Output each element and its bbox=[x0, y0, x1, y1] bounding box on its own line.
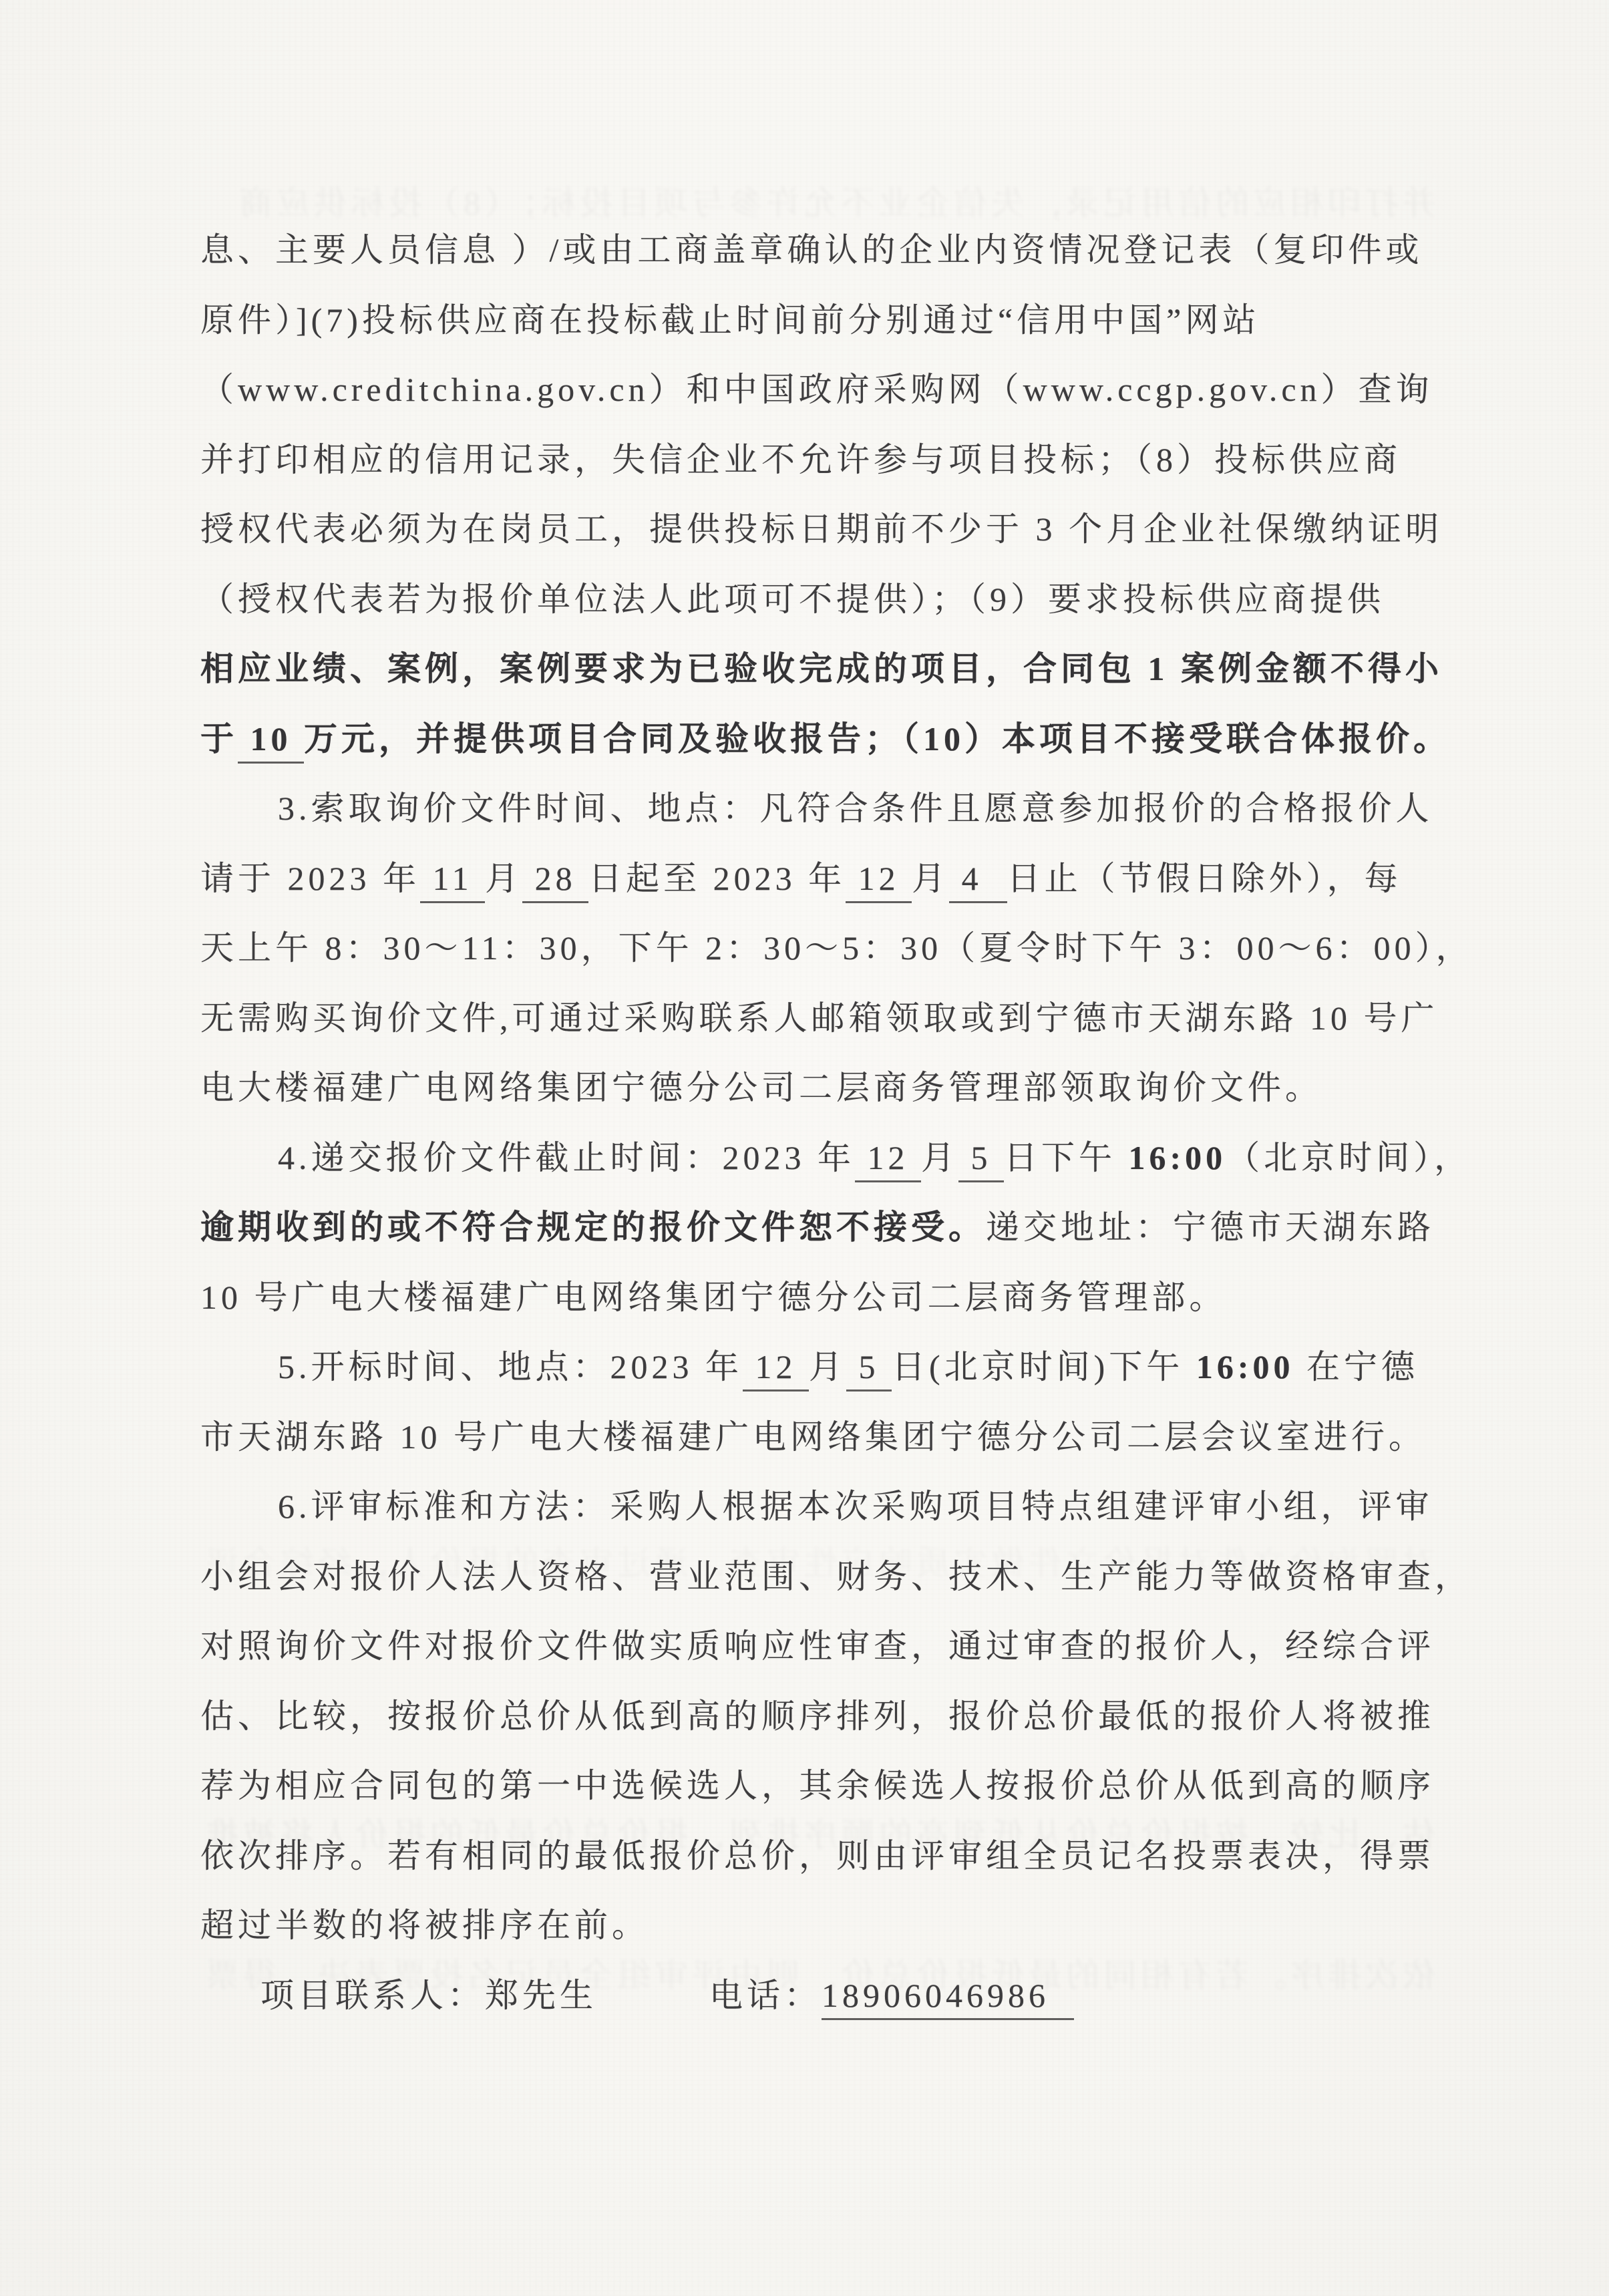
text-run: 天上午 8：30～11：30，下午 2：30～5：30（夏令时下午 3：00～6… bbox=[200, 929, 1473, 967]
text-line: 电大楼福建广电网络集团宁德分公司二层商务管理部领取询价文件。 bbox=[200, 1053, 1443, 1123]
text-line: 天上午 8：30～11：30，下午 2：30～5：30（夏令时下午 3：00～6… bbox=[200, 913, 1443, 983]
text-run: 日(北京时间)下午 bbox=[892, 1348, 1196, 1385]
phone-number: 18906046986 bbox=[822, 1977, 1074, 2020]
text-run: 息、主要人员信息 ）/或由工商盖章确认的企业内资情况登记表（复印件或 bbox=[200, 231, 1423, 269]
scanned-document-page: 息、主要人员信息 ）/或由工商盖章确认的企业内资情况登记表（复印件或原件）](7… bbox=[0, 0, 1609, 2296]
text-line: 对照询价文件对报价文件做实质响应性审查，通过审查的报价人，经综合评 bbox=[200, 1611, 1443, 1681]
text-line: 3.索取询价文件时间、地点：凡符合条件且愿意参加报价的合格报价人 bbox=[200, 774, 1443, 844]
text-line: 荐为相应合同包的第一中选候选人，其余候选人按报价总价从低到高的顺序 bbox=[200, 1751, 1443, 1821]
text-line: 5.开标时间、地点：2023 年 12 月 5 日(北京时间)下午 16:00 … bbox=[200, 1332, 1443, 1402]
text-line: 小组会对报价人法人资格、营业范围、财务、技术、生产能力等做资格审查， bbox=[200, 1542, 1443, 1612]
text-run: 日止（节假日除外），每 bbox=[1007, 860, 1402, 897]
text-run: 小组会对报价人法人资格、营业范围、财务、技术、生产能力等做资格审查， bbox=[200, 1558, 1472, 1595]
text-line: 原件）](7)投标供应商在投标截止时间前分别通过“信用中国”网站 bbox=[200, 285, 1443, 355]
text-run: 于 bbox=[200, 720, 238, 758]
text-run: 逾期收到的或不符合规定的报价文件恕不接受。 bbox=[200, 1208, 986, 1246]
text-line: 并打印相应的信用记录，失信企业不允许参与项目投标；（8）投标供应商 bbox=[200, 425, 1443, 495]
text-line: 4.递交报价文件截止时间：2023 年 12 月 5 日下午 16:00（北京时… bbox=[200, 1123, 1443, 1193]
end-month-value: 12 bbox=[846, 860, 912, 903]
opening-day-value: 5 bbox=[846, 1348, 892, 1391]
text-run: （www.creditchina.gov.cn）和中国政府采购网（www.ccg… bbox=[200, 371, 1433, 408]
text-run: 授权代表必须为在岗员工，提供投标日期前不少于 3 个月企业社保缴纳证明 bbox=[200, 510, 1443, 548]
text-run: 请于 2023 年 bbox=[200, 860, 420, 897]
text-line: 授权代表必须为在岗员工，提供投标日期前不少于 3 个月企业社保缴纳证明 bbox=[200, 494, 1443, 564]
text-run: 超过半数的将被排序在前。 bbox=[200, 1907, 649, 1944]
text-run: 估、比较，按报价总价从低到高的顺序排列，报价总价最低的报价人将被推 bbox=[200, 1697, 1435, 1735]
text-line: 市天湖东路 10 号广电大楼福建广电网络集团宁德分公司二层会议室进行。 bbox=[200, 1402, 1443, 1472]
start-day-value: 28 bbox=[522, 860, 588, 903]
text-line: 无需购买询价文件,可通过采购联系人邮箱领取或到宁德市天湖东路 10 号广 bbox=[200, 983, 1443, 1053]
deadline-time-value: 16:00 bbox=[1129, 1139, 1227, 1176]
text-run: 月 bbox=[485, 860, 522, 897]
text-line: 逾期收到的或不符合规定的报价文件恕不接受。递交地址：宁德市天湖东路 bbox=[200, 1192, 1443, 1263]
text-line: 项目联系人：郑先生 电话：18906046986 bbox=[200, 1961, 1443, 2031]
text-line: 相应业绩、案例，案例要求为已验收完成的项目，合同包 1 案例金额不得小 bbox=[200, 634, 1443, 704]
text-run: 日下午 bbox=[1004, 1139, 1129, 1176]
text-run bbox=[597, 1977, 709, 2014]
text-run: 3.索取询价文件时间、地点：凡符合条件且愿意参加报价的合格报价人 bbox=[278, 790, 1433, 827]
min-amount-value: 10 bbox=[238, 720, 304, 764]
text-line: 请于 2023 年 11 月 28 日起至 2023 年 12 月 4 日止（节… bbox=[200, 844, 1443, 914]
text-line: 超过半数的将被排序在前。 bbox=[200, 1891, 1443, 1961]
text-run: 日起至 2023 年 bbox=[588, 860, 846, 897]
text-run: 并打印相应的信用记录，失信企业不允许参与项目投标；（8）投标供应商 bbox=[200, 441, 1401, 478]
text-run: 原件）](7)投标供应商在投标截止时间前分别通过“信用中国”网站 bbox=[200, 301, 1260, 339]
start-month-value: 11 bbox=[420, 860, 485, 903]
deadline-day-value: 5 bbox=[958, 1139, 1004, 1182]
text-line: （www.creditchina.gov.cn）和中国政府采购网（www.ccg… bbox=[200, 355, 1443, 425]
text-run: 4.递交报价文件截止时间：2023 年 bbox=[278, 1139, 855, 1176]
text-run: 电大楼福建广电网络集团宁德分公司二层商务管理部领取询价文件。 bbox=[200, 1069, 1322, 1106]
text-run: 荐为相应合同包的第一中选候选人，其余候选人按报价总价从低到高的顺序 bbox=[200, 1767, 1435, 1804]
text-run: 无需购买询价文件,可通过采购联系人邮箱领取或到宁德市天湖东路 10 号广 bbox=[200, 999, 1439, 1037]
phone-label: 电话： bbox=[709, 1977, 822, 2014]
text-line: 依次排序。若有相同的最低报价总价，则由评审组全员记名投票表决，得票 bbox=[200, 1821, 1443, 1891]
text-line: 估、比较，按报价总价从低到高的顺序排列，报价总价最低的报价人将被推 bbox=[200, 1681, 1443, 1752]
text-line: 10 号广电大楼福建广电网络集团宁德分公司二层商务管理部。 bbox=[200, 1263, 1443, 1333]
text-run: 在宁德 bbox=[1294, 1348, 1419, 1385]
text-run: 依次排序。若有相同的最低报价总价，则由评审组全员记名投票表决，得票 bbox=[200, 1837, 1435, 1874]
text-run: 月 bbox=[921, 1139, 958, 1176]
text-run: 相应业绩、案例，案例要求为已验收完成的项目，合同包 1 案例金额不得小 bbox=[200, 650, 1443, 687]
text-run: 万元，并提供项目合同及验收报告；（10）本项目不接受联合体报价。 bbox=[304, 720, 1451, 758]
text-run: 5.开标时间、地点：2023 年 bbox=[278, 1348, 743, 1385]
text-run: 6.评审标准和方法：采购人根据本次采购项目特点组建评审小组，评审 bbox=[278, 1488, 1433, 1525]
opening-month-value: 12 bbox=[743, 1348, 809, 1391]
text-line: 6.评审标准和方法：采购人根据本次采购项目特点组建评审小组，评审 bbox=[200, 1472, 1443, 1542]
text-line: 于 10 万元，并提供项目合同及验收报告；（10）本项目不接受联合体报价。 bbox=[200, 704, 1443, 774]
text-run: 10 号广电大楼福建广电网络集团宁德分公司二层商务管理部。 bbox=[200, 1279, 1227, 1316]
text-run: 月 bbox=[912, 860, 949, 897]
document-body: 息、主要人员信息 ）/或由工商盖章确认的企业内资情况登记表（复印件或原件）](7… bbox=[200, 215, 1443, 2030]
contact-person: 项目联系人：郑先生 bbox=[260, 1977, 597, 2014]
end-day-value: 4 bbox=[949, 860, 1007, 903]
opening-time-value: 16:00 bbox=[1196, 1348, 1294, 1385]
text-run: 市天湖东路 10 号广电大楼福建广电网络集团宁德分公司二层会议室进行。 bbox=[200, 1418, 1426, 1456]
text-line: （授权代表若为报价单位法人此项可不提供）；（9）要求投标供应商提供 bbox=[200, 564, 1443, 635]
text-run: （北京时间）， bbox=[1226, 1139, 1471, 1176]
text-run: 递交地址：宁德市天湖东路 bbox=[986, 1208, 1435, 1246]
text-run: （授权代表若为报价单位法人此项可不提供）；（9）要求投标供应商提供 bbox=[200, 581, 1385, 618]
text-line: 息、主要人员信息 ）/或由工商盖章确认的企业内资情况登记表（复印件或 bbox=[200, 215, 1443, 285]
text-run: 月 bbox=[809, 1348, 846, 1385]
text-run: 对照询价文件对报价文件做实质响应性审查，通过审查的报价人，经综合评 bbox=[200, 1627, 1435, 1665]
deadline-month-value: 12 bbox=[855, 1139, 921, 1182]
